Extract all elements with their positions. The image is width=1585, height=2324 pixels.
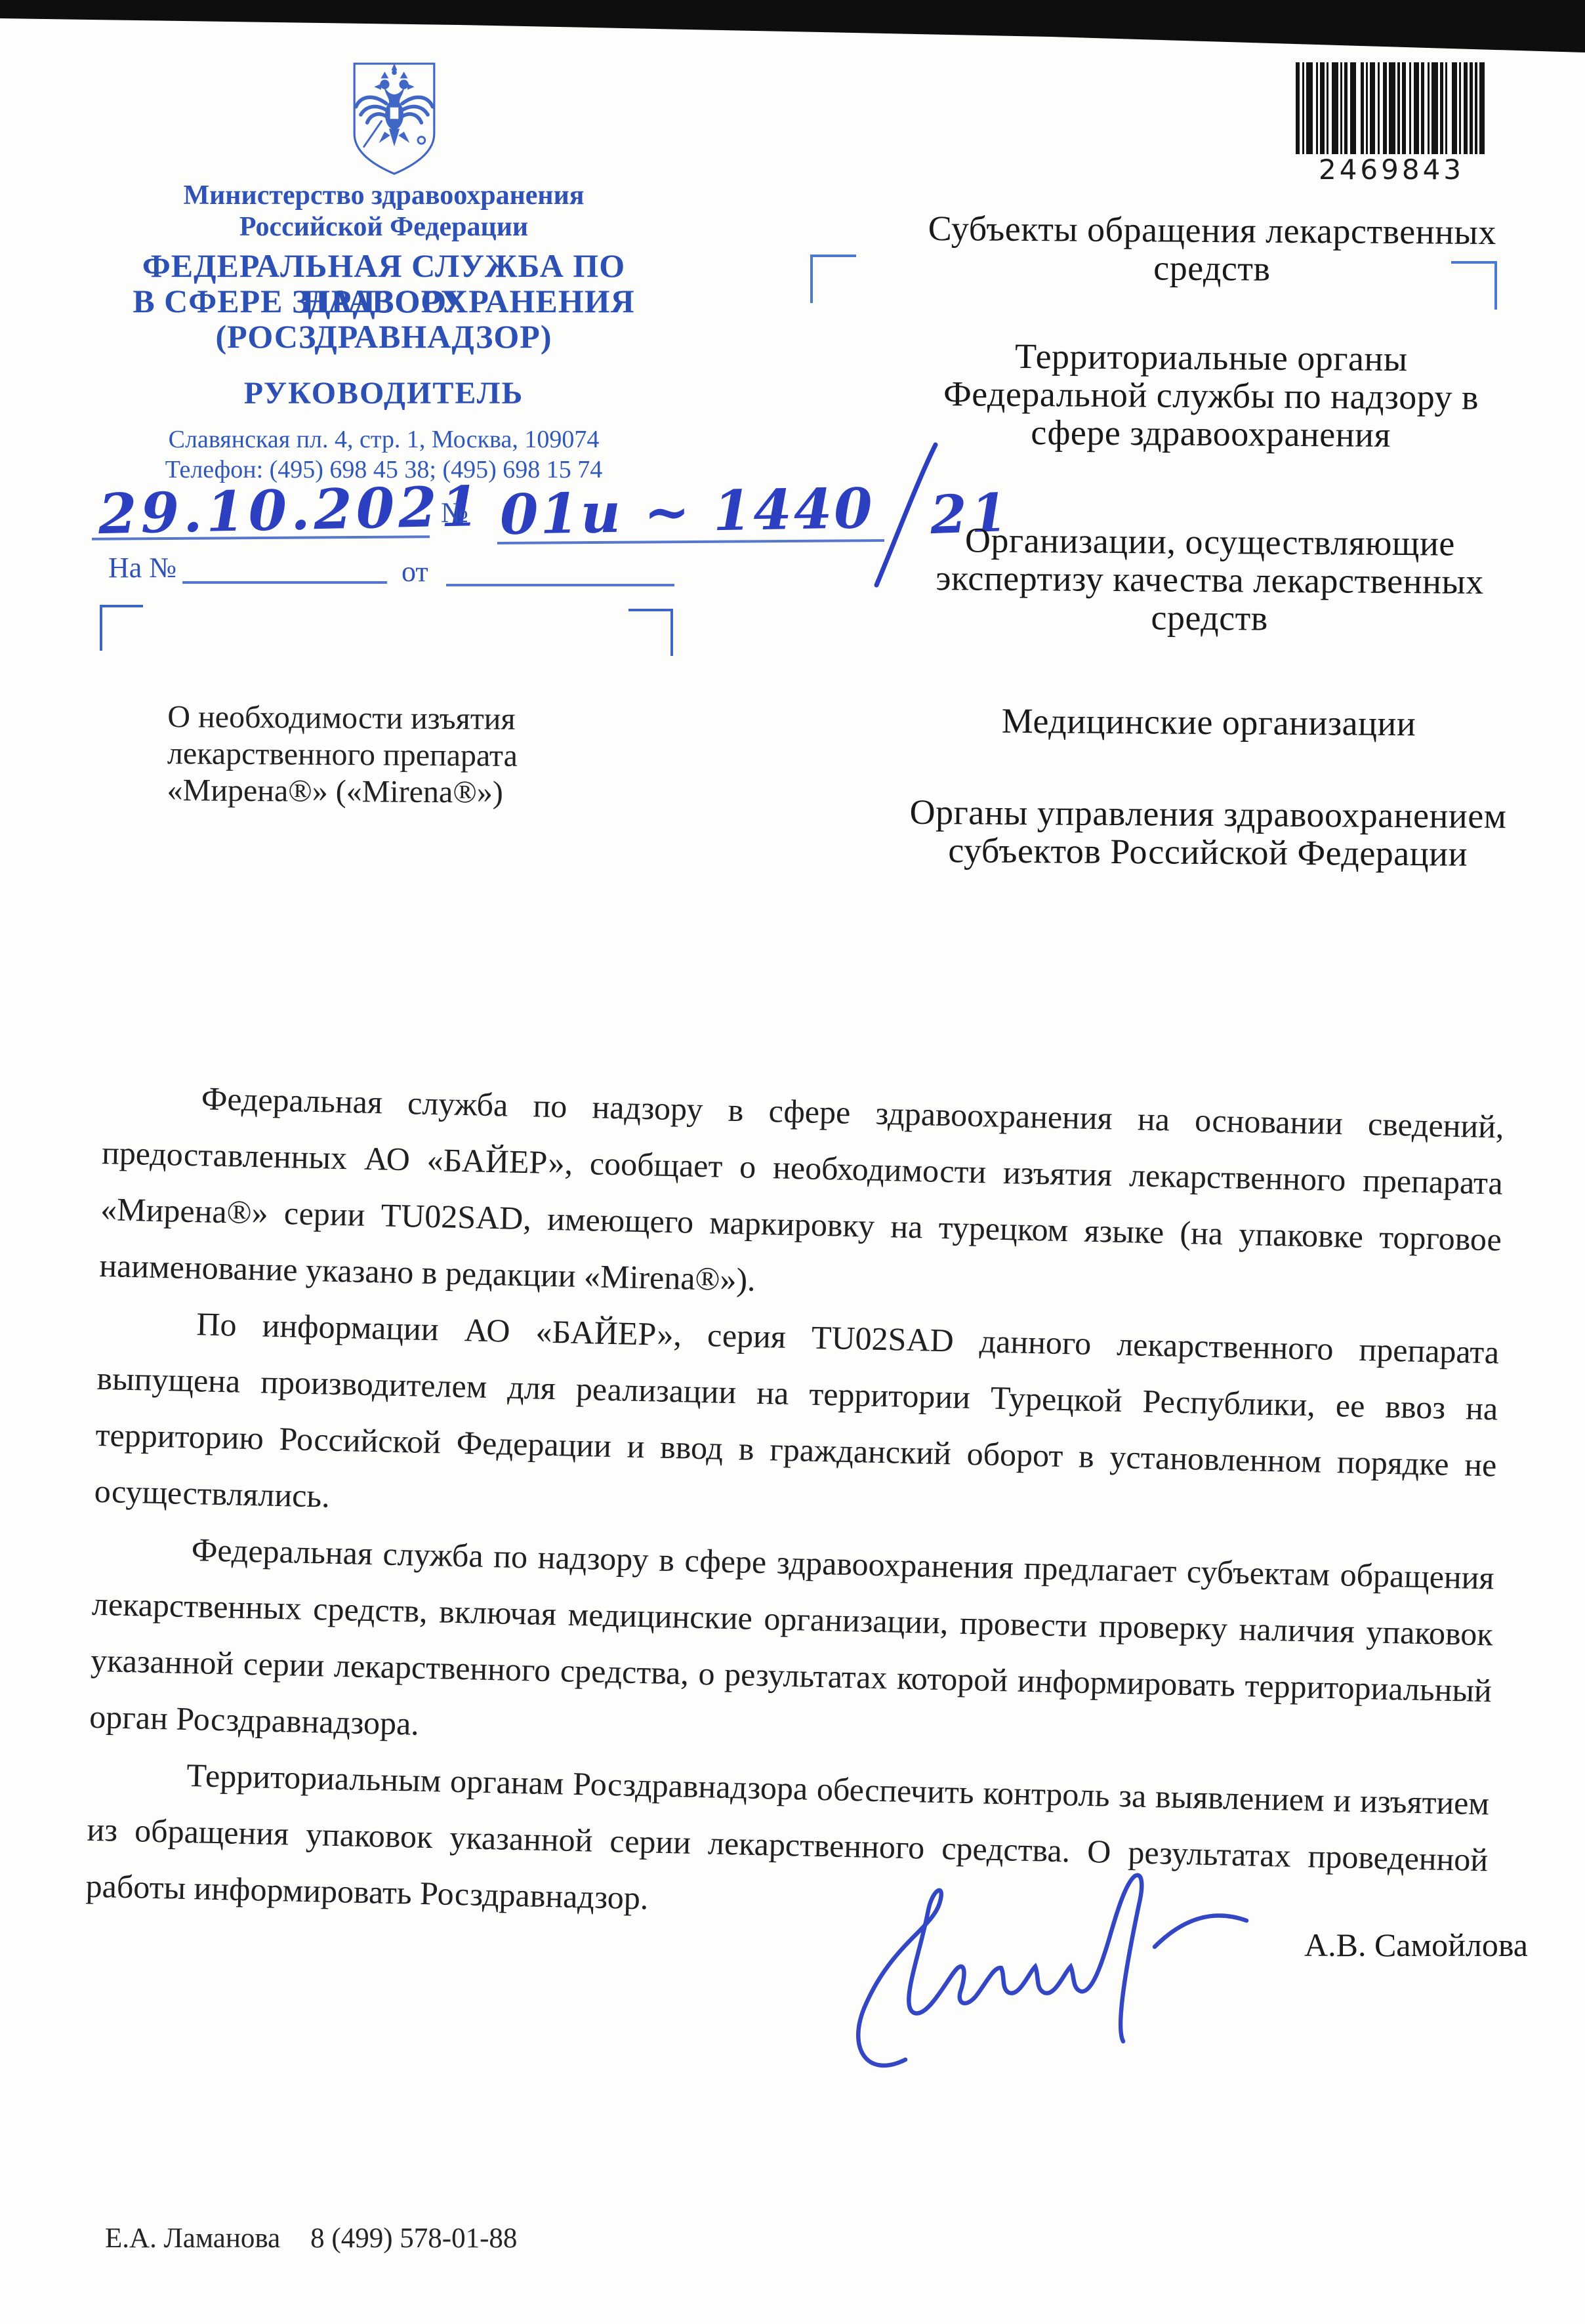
service-name-line3: (РОСЗДРАВНАДЗОР): [69, 319, 699, 354]
ministry-name-line2: Российской Федерации: [69, 211, 699, 243]
letter-body: Федеральная служба по надзору в сфере зд…: [85, 1068, 1505, 1944]
recipient-item: Органы управления здравоохранением субъе…: [906, 793, 1510, 873]
recipient-item: Субъекты обращения лекарственных средств: [910, 209, 1514, 289]
recipient-item: Медицинские организации: [907, 701, 1510, 743]
number-sign-label: №: [441, 496, 468, 529]
executor-line: Е.А. Ламанова8 (499) 578-01-88: [105, 2222, 517, 2254]
coat-of-arms-icon: [346, 60, 442, 177]
body-paragraph: По информации АО «БАЙЕР», серия TU02SAD …: [94, 1294, 1500, 1550]
subject-block: О необходимости изъятия лекарственного п…: [167, 699, 705, 813]
reply-date-underline: [446, 584, 674, 586]
ministry-name-line1: Министерство здравоохранения: [69, 180, 699, 211]
subject-line: «Мирена®» («Mirena®»): [167, 772, 705, 813]
subject-line: О необходимости изъятия: [167, 699, 705, 739]
service-name-line2: В СФЕРЕ ЗДРАВООХРАНЕНИЯ: [69, 283, 699, 319]
letterhead-address: Славянская пл. 4, стр. 1, Москва, 109074: [69, 425, 699, 454]
handwritten-number: 01и ~ 1440: [499, 476, 875, 547]
executor-name: Е.А. Ламанова: [105, 2223, 280, 2254]
corner-mark-bottom-right: [628, 609, 673, 656]
reply-number-underline: [182, 581, 387, 584]
recipients-block: Субъекты обращения лекарственных средств…: [905, 0, 1515, 986]
corner-mark-bottom-left: [100, 605, 143, 651]
corner-mark-top-left: [810, 255, 856, 303]
subject-line: лекарственного препарата: [167, 735, 705, 776]
executor-phone: 8 (499) 578-01-88: [310, 2223, 517, 2254]
body-paragraph: Федеральная служба по надзору в сфере зд…: [89, 1519, 1494, 1776]
reply-prefix-label: На №: [108, 551, 176, 584]
reply-from-label: от: [401, 555, 428, 588]
recipient-item: Территориальные органы Федеральной служб…: [909, 336, 1513, 455]
recipient-item: Организации, осуществляющие экспертизу к…: [907, 521, 1512, 639]
body-paragraph: Федеральная служба по надзору в сфере зд…: [98, 1068, 1504, 1324]
signatory-name: А.В. Самойлова: [1304, 1926, 1528, 1964]
position-title: РУКОВОДИТЕЛЬ: [69, 375, 699, 411]
signature-stroke: [827, 1863, 1338, 2073]
scanned-letter-page: Министерство здравоохранения Российской …: [0, 0, 1585, 2324]
